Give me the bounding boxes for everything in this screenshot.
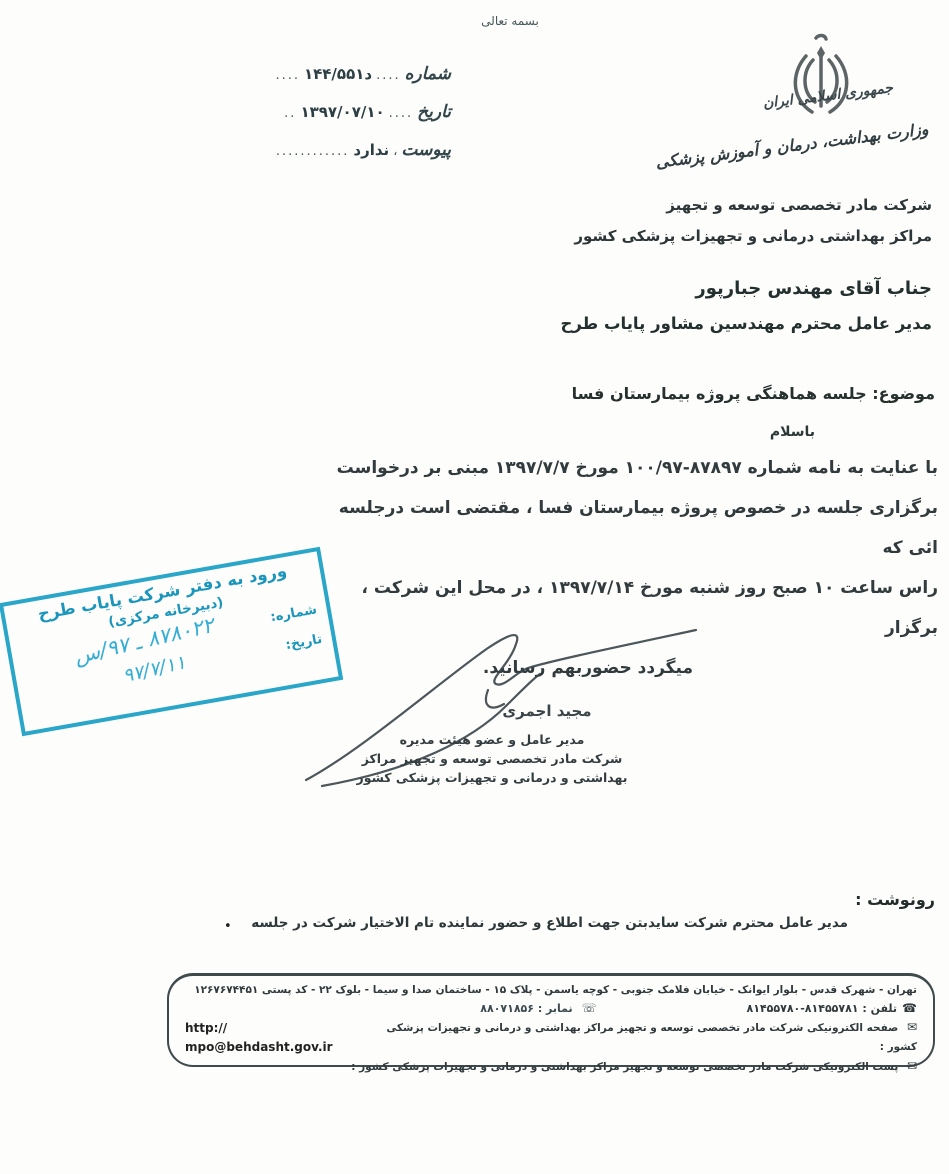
- dotted-leader: ....: [275, 68, 300, 83]
- number-value: د۱۴۴/۵۵۱: [304, 65, 372, 83]
- scanned-letter-page: بسمه تعالی شماره .... د۱۴۴/۵۵۱ .... تاری…: [0, 0, 949, 1174]
- body-line: برگزاری جلسه در خصوص پروژه بیمارستان فسا…: [318, 488, 938, 568]
- email-label: پست الکترونیکی شرکت مادر تخصصی توسعه و ت…: [351, 1061, 898, 1073]
- web-label: صفحه الکترونیکی شرکت مادر تخصصی توسعه و …: [386, 1022, 917, 1053]
- cc-heading: رونوشت :: [790, 890, 935, 909]
- fax-group: ☏ نمابر : ۸۸۰۷۱۸۵۶: [480, 999, 596, 1018]
- footer-phone-fax-row: ☎ تلفن : ۸۱۴۵۵۷۸۰-۸۱۴۵۵۷۸۱ ☏ نمابر : ۸۸۰…: [185, 999, 917, 1018]
- footer-web-row: ✉ صفحه الکترونیکی شرکت مادر تخصصی توسعه …: [185, 1018, 917, 1057]
- phone-icon: ☎: [902, 999, 917, 1018]
- fax-value: ۸۸۰۷۱۸۵۶: [480, 1002, 534, 1015]
- recipient-block: جناب آقای مهندس جبارپور مدیر عامل محترم …: [410, 278, 932, 333]
- phone-label: تلفن :: [862, 999, 897, 1018]
- org-line1: شرکت مادر تخصصی توسعه و تجهیز: [500, 190, 932, 221]
- web-url: http:// mpo@behdasht.gov.ir: [185, 1019, 370, 1057]
- fax-icon: ☏: [582, 999, 597, 1018]
- dotted-leader: ..: [284, 106, 296, 121]
- fax-label: نمابر :: [538, 1002, 573, 1015]
- signatory-name: مجید اجمری: [462, 702, 632, 720]
- date-label: تاریخ: [417, 102, 451, 122]
- bullet-icon: •: [224, 919, 232, 934]
- letter-meta-fields: شماره .... د۱۴۴/۵۵۱ .... تاریخ .... ۱۳۹۷…: [146, 64, 451, 178]
- recipient-name: جناب آقای مهندس جبارپور: [410, 278, 932, 299]
- attachment-label: پیوست: [401, 140, 451, 160]
- separator: ،: [393, 144, 397, 159]
- signatory-title-line: شرکت مادر تخصصی توسعه و تجهیز مراکز: [322, 749, 662, 768]
- dotted-leader: ............: [276, 144, 350, 159]
- web-label-group: ✉ صفحه الکترونیکی شرکت مادر تخصصی توسعه …: [370, 1018, 917, 1057]
- besmele-text: بسمه تعالی: [400, 14, 620, 28]
- email-icon: ✉: [907, 1018, 917, 1037]
- salutation: باسلام: [735, 424, 815, 440]
- footer-contact-box: تهران - شهرک قدس - بلوار ایوانک - خیابان…: [167, 973, 935, 1067]
- organization-name: شرکت مادر تخصصی توسعه و تجهیز مراکز بهدا…: [500, 190, 932, 252]
- date-value: ۱۳۹۷/۰۷/۱۰: [300, 103, 384, 121]
- letter-number-row: شماره .... د۱۴۴/۵۵۱ ....: [146, 64, 451, 102]
- subject-line: موضوع: جلسه هماهنگی پروژه بیمارستان فسا: [540, 384, 935, 403]
- number-label: شماره: [405, 64, 451, 84]
- footer-address: تهران - شهرک قدس - بلوار ایوانک - خیابان…: [185, 982, 917, 999]
- dotted-leader: ....: [376, 68, 401, 83]
- org-line2: مراکز بهداشتی درمانی و تجهیزات پزشکی کشو…: [500, 221, 932, 252]
- subject-text: جلسه هماهنگی پروژه بیمارستان فسا: [572, 384, 867, 403]
- email-icon: ✉: [907, 1057, 917, 1076]
- attachment-value: ندارد: [353, 141, 389, 159]
- footer-email-row: ✉ پست الکترونیکی شرکت مادر تخصصی توسعه و…: [185, 1057, 917, 1077]
- subject-label: موضوع:: [872, 384, 935, 403]
- letter-date-row: تاریخ .... ۱۳۹۷/۰۷/۱۰ ..: [146, 102, 451, 140]
- cc-item: مدیر عامل محترم شرکت سایدبتن جهت اطلاع و…: [248, 915, 848, 931]
- signatory-titles: مدیر عامل و عضو هیئت مدیره شرکت مادر تخص…: [322, 730, 662, 787]
- recipient-title: مدیر عامل محترم مهندسین مشاور پایاب طرح: [410, 314, 932, 333]
- dotted-leader: ....: [389, 106, 414, 121]
- body-line: با عنایت به نامه شماره ۸۷۸۹۷-۱۰۰/۹۷ مورخ…: [318, 448, 938, 488]
- signatory-title-line: بهداشتی و درمانی و تجهیزات پزشکی کشور: [322, 768, 662, 787]
- phone-value: ۸۱۴۵۵۷۸۰-۸۱۴۵۵۷۸۱: [747, 999, 859, 1018]
- letter-attachment-row: پیوست ، ندارد ............: [146, 140, 451, 178]
- signatory-title-line: مدیر عامل و عضو هیئت مدیره: [322, 730, 662, 749]
